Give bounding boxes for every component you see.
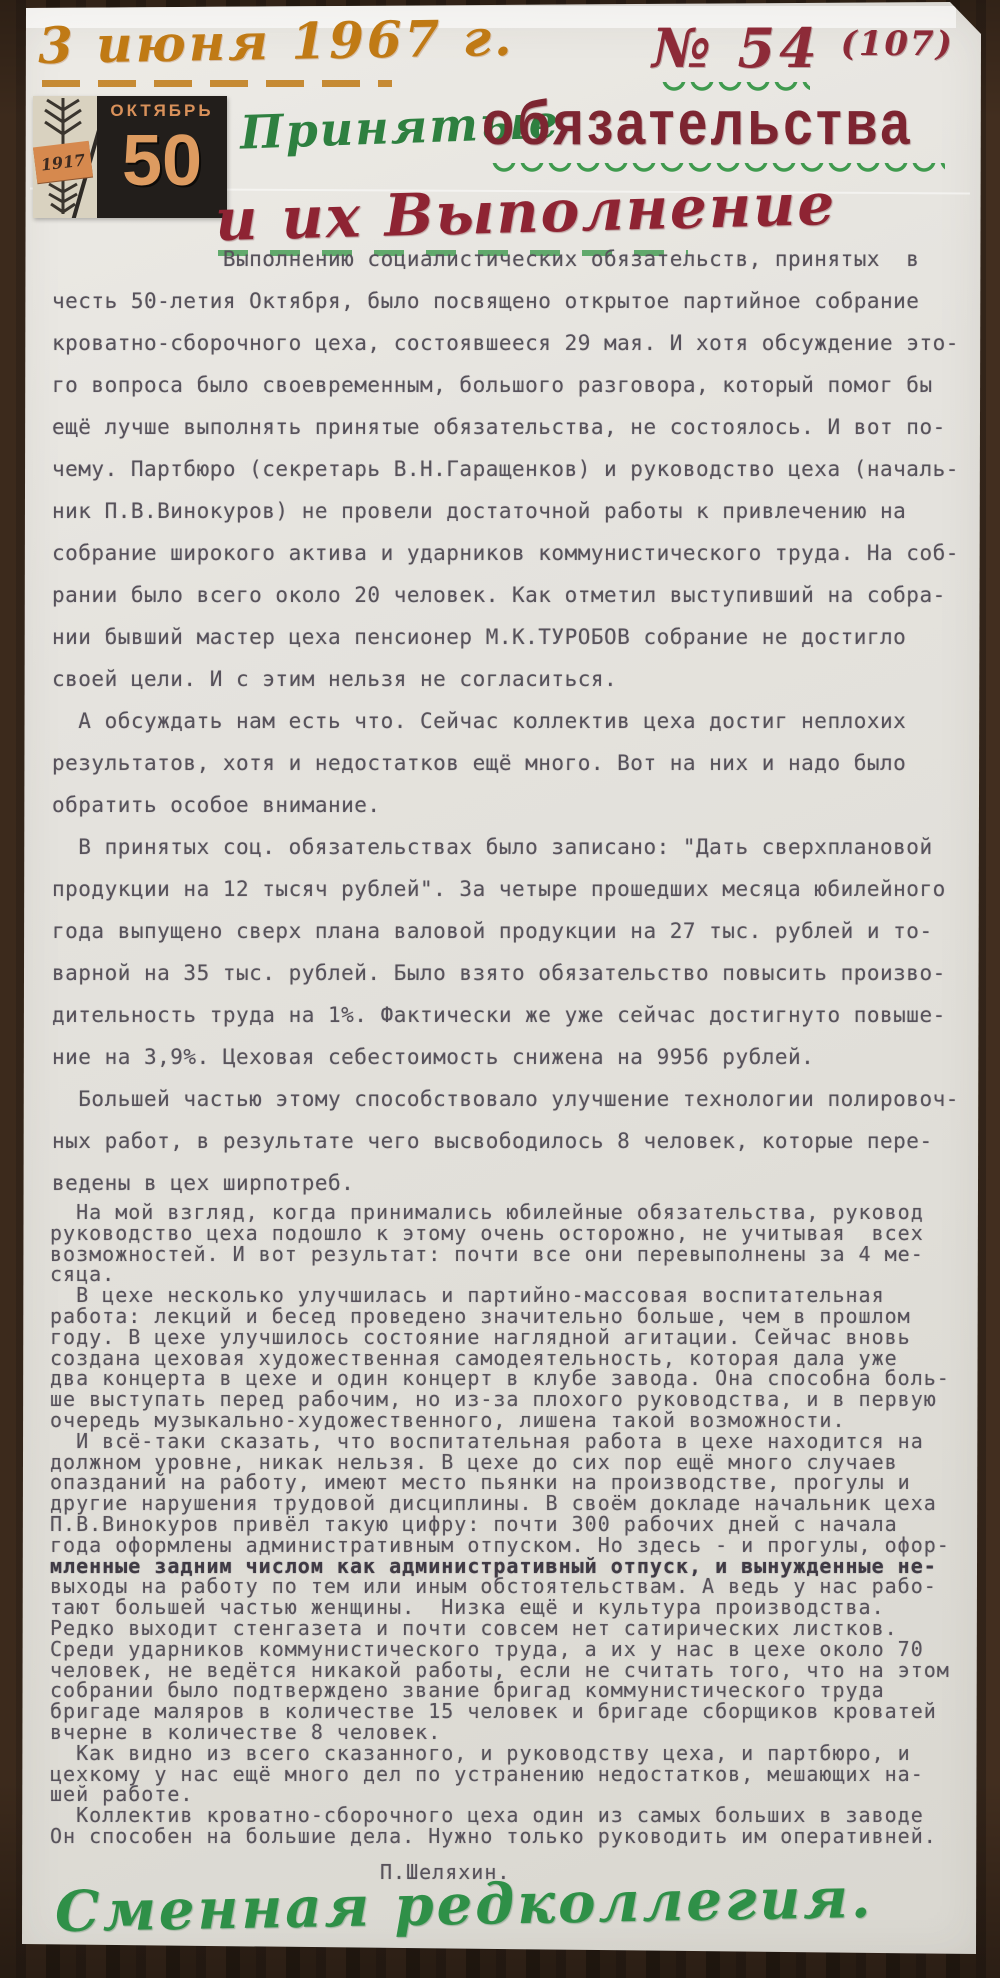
typed-line: должном уровне, никак нельзя. В цехе до …	[50, 1452, 985, 1473]
typed-line: года выпущено сверх плана валовой продук…	[52, 910, 972, 952]
typed-line: В принятых соц. обязательствах было запи…	[52, 826, 972, 868]
flag-year: 1917	[40, 150, 87, 174]
typed-line: результатов, хотя и недостатков ещё мног…	[52, 742, 972, 784]
typed-line: Он способен на большие дела. Нужно тольк…	[50, 1826, 985, 1847]
typed-line: года оформлены административным отпуском…	[50, 1535, 985, 1556]
typed-line: создана цеховая художественная самодеяте…	[50, 1348, 985, 1369]
typed-line: ведены в цех ширпотреб.	[52, 1162, 972, 1204]
date-underline	[42, 80, 392, 87]
typed-line: очередь музыкально-художественного, лише…	[50, 1410, 985, 1431]
issue-number-main: № 54	[652, 16, 821, 80]
typed-line: ше выступать перед рабочим, но из-за пло…	[50, 1389, 985, 1410]
typed-line: опазданий на работу, имеют место пьянки …	[50, 1472, 985, 1493]
article-body-single-spaced: На мой взгляд, когда принимались юбилейн…	[50, 1202, 985, 1847]
typed-line: человек, не ведётся никакой работы, если…	[50, 1660, 985, 1681]
typed-line: В цехе несколько улучшилась и партийно-м…	[50, 1285, 985, 1306]
article-body-double-spaced: Выполнению социалистических обязательств…	[52, 238, 972, 1204]
typed-line: возможностей. И вот результат: почти все…	[50, 1244, 985, 1265]
typed-line: ник П.В.Винокуров) не провели достаточно…	[52, 490, 972, 532]
typed-line: кроватно-сборочного цеха, состоявшееся 2…	[52, 322, 972, 364]
typed-line: два концерта в цехе и один концерт в клу…	[50, 1368, 985, 1389]
typed-line: другие нарушения трудовой дисциплины. В …	[50, 1493, 985, 1514]
typed-line: ещё лучше выполнять принятые обязательст…	[52, 406, 972, 448]
newspaper-sheet: 3 июня 1967 г. № 54(107)	[0, 0, 1000, 1978]
typed-line: честь 50-летия Октября, было посвящено о…	[52, 280, 972, 322]
typed-line: году. В цехе улучшилось состояние нагляд…	[50, 1327, 985, 1348]
typed-line: выходы на работу по тем или иным обстоят…	[50, 1576, 985, 1597]
typed-line: нии бывший мастер цеха пенсионер М.К.ТУР…	[52, 616, 972, 658]
typed-line: продукции на 12 тысяч рублей". За четыре…	[52, 868, 972, 910]
typed-line: И всё-таки сказать, что воспитательная р…	[50, 1431, 985, 1452]
headline-word-red: обязательства	[482, 88, 913, 159]
october-50-anniversary-stamp: 1917 ОКТЯБРЬ 50	[33, 96, 227, 218]
typed-line: На мой взгляд, когда принимались юбилейн…	[50, 1202, 985, 1223]
typed-line: Среди ударников коммунистического труда,…	[50, 1639, 985, 1660]
typed-line: Большей частью этому способствовало улуч…	[52, 1078, 972, 1120]
typed-line: А обсуждать нам есть что. Сейчас коллект…	[52, 700, 972, 742]
typed-line: работа: лекций и бесед проведено значите…	[50, 1306, 985, 1327]
stamp-50-panel: ОКТЯБРЬ 50	[97, 96, 227, 218]
editorial-board-signature: Сменная редколлегия.	[54, 1865, 873, 1945]
typed-line: обратить особое внимание.	[52, 784, 972, 826]
typed-line: дительность труда на 1%. Фактически же у…	[52, 994, 972, 1036]
typed-line: мленные задним числом как административн…	[50, 1556, 985, 1577]
typed-line: го вопроса было своевременным, большого …	[52, 364, 972, 406]
typed-line: тают большей частью женщины. Низка ещё и…	[50, 1597, 985, 1618]
typed-line: вчерне в количестве 8 человек.	[50, 1722, 985, 1743]
typed-line: бригаде маляров в количестве 15 человек …	[50, 1701, 985, 1722]
typed-line: собрании было подтверждено звание бригад…	[50, 1680, 985, 1701]
typed-line: П.В.Винокуров привёл такую цифру: почти …	[50, 1514, 985, 1535]
typed-line: Редко выходит стенгазета и почти совсем …	[50, 1618, 985, 1639]
typed-line: цехкому у нас ещё много дел по устранени…	[50, 1764, 985, 1785]
typed-line: варной на 35 тыс. рублей. Было взято обя…	[52, 952, 972, 994]
typed-line: руководство цеха подошло к этому очень о…	[50, 1223, 985, 1244]
typed-line: собрание широкого актива и ударников ком…	[52, 532, 972, 574]
typed-line: Коллектив кроватно-сборочного цеха один …	[50, 1805, 985, 1826]
stamp-month-label: ОКТЯБРЬ	[97, 101, 227, 121]
typed-line: чему. Партбюро (секретарь В.Н.Гаращенков…	[52, 448, 972, 490]
typed-line: шей работе.	[50, 1784, 985, 1805]
issue-number: № 54(107)	[652, 16, 954, 80]
typed-line: ние на 3,9%. Цеховая себестоимость сниже…	[52, 1036, 972, 1078]
flag-1917-icon: 1917	[33, 141, 93, 184]
stamp-wheat-panel: 1917	[33, 96, 97, 218]
issue-number-paren: (107)	[841, 24, 954, 64]
photo-of-wall-newspaper: 3 июня 1967 г. № 54(107)	[0, 0, 1000, 1978]
typed-line: своей цели. И с этим нельзя не согласить…	[52, 658, 972, 700]
typed-line: ных работ, в результате чего высвободило…	[52, 1120, 972, 1162]
stamp-anniversary-number: 50	[97, 120, 227, 202]
typed-line: Как видно из всего сказанного, и руковод…	[50, 1743, 985, 1764]
typed-line: сяца.	[50, 1264, 985, 1285]
typed-line: Выполнению социалистических обязательств…	[52, 238, 972, 280]
typed-line: рании было всего около 20 человек. Как о…	[52, 574, 972, 616]
issue-date: 3 июня 1967 г.	[38, 8, 515, 75]
